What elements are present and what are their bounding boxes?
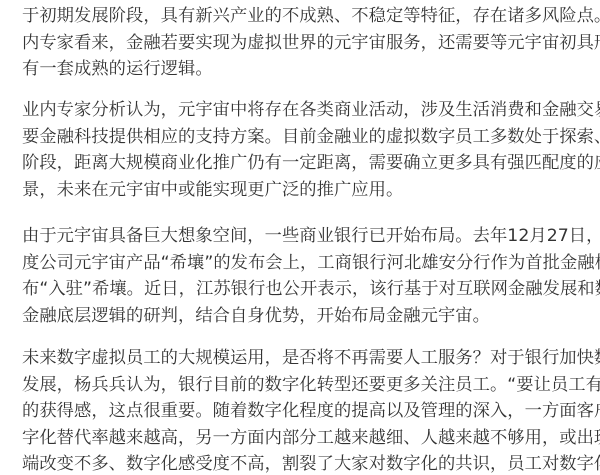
text-line: 的获得感，这点很重要。随着数字化程度的提高以及管理的深入，一方面客户端数: [22, 398, 600, 425]
text-line: 于初期发展阶段，具有新兴产业的不成熟、不稳定等特征，存在诸多风险点。在业: [22, 3, 600, 30]
text-line: 布“入驻”希壤。近日，江苏银行也公开表示，该行基于对互联网金融发展和数字化: [22, 276, 600, 303]
text-line: 字化替代率越来越高，另一方面内部分工越来越细、人越来越不够用，或出现员工: [22, 425, 600, 452]
text-line: 金融底层逻辑的研判，结合自身优势，开始布局金融元宇宙。: [22, 303, 600, 330]
paragraph-3: 由于元宇宙具备巨大想象空间，一些商业银行已开始布局。去年12月27日，在百 度公…: [22, 223, 600, 329]
text-line: 由于元宇宙具备巨大想象空间，一些商业银行已开始布局。去年12月27日，在百: [22, 223, 600, 250]
text-line: 端改变不多、数字化感受度不高，割裂了大家对数字化的共识，员工对数字化的支: [22, 451, 600, 475]
text-line: 要金融科技提供相应的支持方案。目前金融业的虚拟数字员工多数处于探索、尝试: [22, 124, 600, 151]
text-line: 阶段，距离大规模商业化推广仍有一定距离，需要确立更多具有强匹配度的应用场: [22, 150, 600, 177]
text-line: 景，未来在元宇宙中或能实现更广泛的推广应用。: [22, 177, 600, 204]
text-line: 未来数字虚拟员工的大规模运用，是否将不再需要人工服务？对于银行加快数字化: [22, 345, 600, 372]
paragraph-4: 未来数字虚拟员工的大规模运用，是否将不再需要人工服务？对于银行加快数字化 发展，…: [22, 345, 600, 475]
text-line: 内专家看来，金融若要实现为虚拟世界的元宇宙服务，还需要等元宇宙初具形态并: [22, 30, 600, 57]
paragraph-2: 业内专家分析认为，元宇宙中将存在各类商业活动，涉及生活消费和金融交易，需 要金融…: [22, 97, 600, 203]
text-line: 有一套成熟的运行逻辑。: [22, 56, 600, 83]
text-line: 发展，杨兵兵认为，银行目前的数字化转型还要更多关注员工。“要让员工有实在: [22, 372, 600, 399]
paragraph-1: 于初期发展阶段，具有新兴产业的不成熟、不稳定等特征，存在诸多风险点。在业 内专家…: [22, 3, 600, 83]
text-line: 业内专家分析认为，元宇宙中将存在各类商业活动，涉及生活消费和金融交易，需: [22, 97, 600, 124]
text-line: 度公司元宇宙产品“希壤”的发布会上，工商银行河北雄安分行作为首批金融机构宣: [22, 250, 600, 277]
